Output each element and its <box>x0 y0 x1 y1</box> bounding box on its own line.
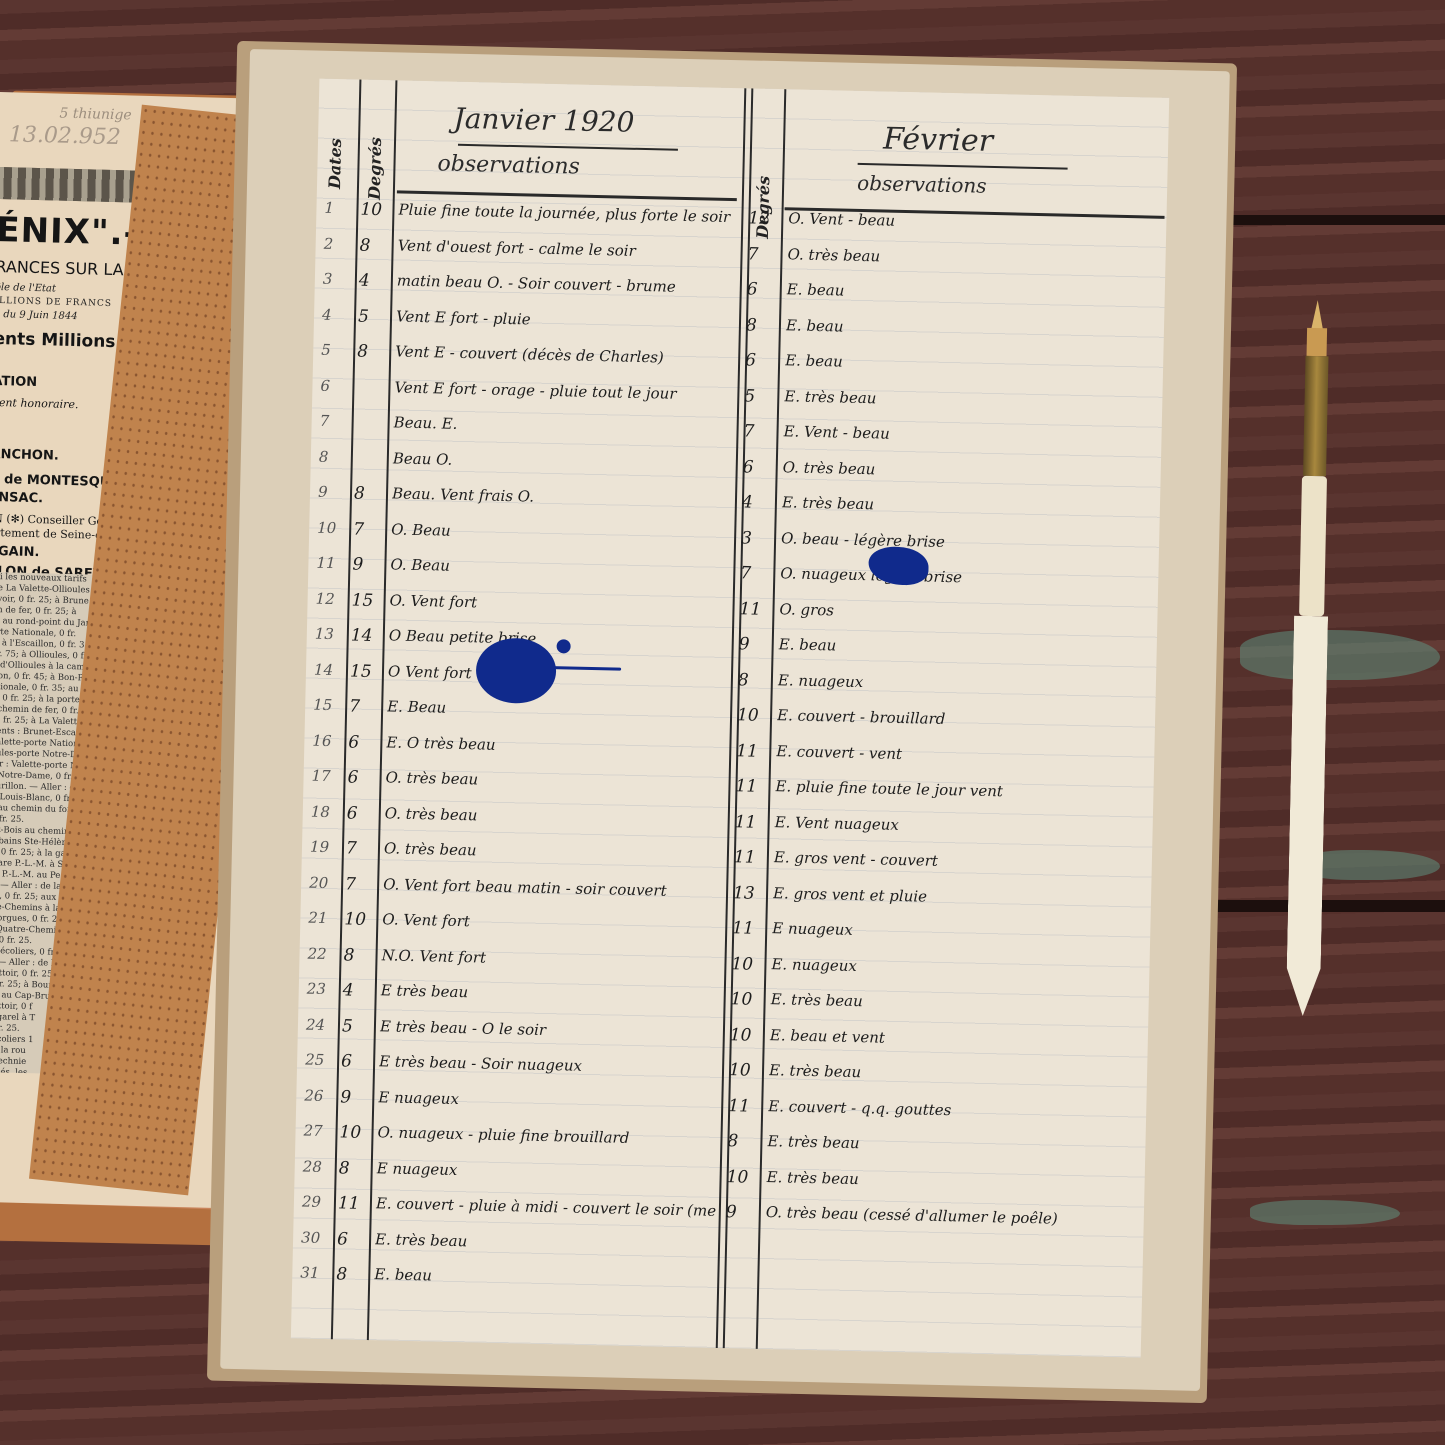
january-degrees-cell: 6 <box>347 767 375 788</box>
february-degrees-cell: 5 <box>744 386 772 407</box>
january-degrees-cell: 9 <box>340 1087 368 1108</box>
date-cell: 13 <box>315 625 345 644</box>
february-degrees-cell: 11 <box>739 599 767 620</box>
february-observation-cell: E. pluie fine toute le jour vent <box>775 777 1145 803</box>
date-cell: 15 <box>313 696 343 715</box>
january-degrees-cell <box>357 377 385 378</box>
february-observation-cell: E. très beau <box>767 1132 1137 1158</box>
february-degrees-cell: 4 <box>742 492 770 513</box>
date-cell: 6 <box>320 376 350 395</box>
february-degrees-cell: 11 <box>734 847 762 868</box>
january-degrees-cell: 10 <box>339 1122 367 1143</box>
january-observation-cell: matin beau O. - Soir couvert - brume <box>397 271 737 297</box>
february-degrees-cell: 11 <box>736 741 764 762</box>
date-cell: 2 <box>324 234 354 253</box>
february-degrees-cell: 11 <box>728 1096 756 1117</box>
february-observation-cell: E. gros vent et pluie <box>773 884 1143 910</box>
date-cell: 10 <box>317 518 347 537</box>
date-cell: 14 <box>314 660 344 679</box>
january-observation-cell: Vent d'ouest fort - calme le soir <box>397 236 737 262</box>
ad-line: ENSAC. <box>0 490 43 506</box>
ad-line: RGAIN. <box>0 544 40 560</box>
february-observation-cell <box>764 1274 1134 1282</box>
january-degrees-cell: 6 <box>337 1229 365 1250</box>
february-observation-cell: E. très beau <box>770 990 1140 1016</box>
january-observation-cell: O. très beau <box>385 768 725 794</box>
january-observation-cell: Pluie fine toute la journée, plus forte … <box>398 200 738 226</box>
ad-line: ATION <box>0 374 37 390</box>
ad-millions: ents Millions <box>0 329 116 352</box>
february-observation-cell: E. très beau <box>784 387 1154 413</box>
january-degrees-cell: 7 <box>349 696 377 717</box>
january-degrees-cell: 15 <box>351 590 379 611</box>
date-cell: 17 <box>311 767 341 786</box>
date-cell: 18 <box>311 802 341 821</box>
february-observation-cell: E. nuageux <box>778 671 1148 697</box>
january-degrees-cell: 6 <box>347 803 375 824</box>
february-observation-cell: O. gros <box>779 600 1149 626</box>
january-observation-cell: E nuageux <box>378 1088 718 1114</box>
february-degrees-cell: 6 <box>745 350 773 371</box>
february-observation-cell: E. très beau <box>769 1061 1139 1087</box>
january-observation-cell: E très beau - O le soir <box>380 1017 720 1043</box>
january-degrees-cell: 7 <box>346 838 374 859</box>
january-observation-cell: E. Beau <box>387 697 727 723</box>
february-observation-cell: E. beau <box>786 316 1156 342</box>
date-cell: 27 <box>303 1122 333 1141</box>
brass-ferrule <box>1303 356 1329 476</box>
date-cell: 30 <box>301 1228 331 1247</box>
february-degrees-cell: 8 <box>738 670 766 691</box>
january-degrees-cell: 6 <box>348 732 376 753</box>
february-observation-cell: E nuageux <box>772 919 1142 945</box>
february-observations-label: observations <box>857 171 987 198</box>
date-cell: 11 <box>316 554 346 573</box>
ledger-grid: Dates Degrés Degrés Janvier 1920 observa… <box>291 79 1169 1358</box>
january-observation-cell: O. Beau <box>391 520 731 546</box>
february-degrees-cell <box>725 1238 753 1239</box>
january-observation-cell: Beau O. <box>393 449 733 475</box>
february-degrees-cell: 10 <box>730 1025 758 1046</box>
january-degrees-cell: 15 <box>350 661 378 682</box>
february-title: Février <box>883 121 994 158</box>
january-degrees-cell <box>356 413 384 414</box>
underline <box>858 163 1068 170</box>
february-degrees-cell <box>724 1273 752 1274</box>
january-degrees-cell: 11 <box>338 1193 366 1214</box>
date-cell: 19 <box>310 838 340 857</box>
date-cell: 29 <box>302 1193 332 1212</box>
january-observation-cell: Vent E - couvert (décès de Charles) <box>395 342 735 368</box>
february-observation-cell: E. beau et vent <box>770 1026 1140 1052</box>
february-observation-cell: E. gros vent - couvert <box>774 848 1144 874</box>
date-cell: 7 <box>319 412 349 431</box>
february-degrees-cell: 8 <box>746 315 774 336</box>
bone-letter-opener-blade <box>1286 616 1328 1017</box>
february-degrees-cell: 8 <box>727 1131 755 1152</box>
january-observation-cell: E très beau <box>381 981 721 1007</box>
january-title: Janvier 1920 <box>453 102 635 139</box>
ad-line: ôle de l'Etat <box>0 282 56 295</box>
green-paint-patch <box>1250 1200 1400 1225</box>
february-degrees-cell: 6 <box>743 457 771 478</box>
february-degrees-cell: 10 <box>730 989 758 1010</box>
january-degrees-cell: 4 <box>343 980 371 1001</box>
january-observation-cell: E très beau - Soir nuageux <box>379 1052 719 1078</box>
january-degrees-cell: 14 <box>351 625 379 646</box>
january-observation-cell: E. très beau <box>375 1230 715 1256</box>
january-observation-cell: Vent E fort - orage - pluie tout le jour <box>394 378 734 404</box>
date-cell: 8 <box>319 447 349 466</box>
february-observation-cell: O. beau - légère brise <box>781 529 1151 555</box>
february-degrees-cell: 13 <box>733 883 761 904</box>
february-degrees-cell: 11 <box>735 776 763 797</box>
february-observation-cell: E. Vent nuageux <box>775 813 1145 839</box>
february-degrees-cell: 10 <box>737 705 765 726</box>
date-cell: 23 <box>307 980 337 999</box>
february-degrees-cell: 6 <box>747 279 775 300</box>
january-degrees-cell: 9 <box>352 555 380 576</box>
nib-holder <box>1307 328 1328 356</box>
header-dates: Dates <box>325 138 345 189</box>
january-degrees-cell: 8 <box>336 1264 364 1285</box>
february-observation-cell: O. nuageux légère brise <box>780 564 1150 590</box>
underline <box>458 144 678 151</box>
january-observation-cell: Beau. E. <box>393 413 733 439</box>
january-observations-label: observations <box>437 151 580 179</box>
january-degrees-cell: 8 <box>339 1158 367 1179</box>
january-degrees-cell: 10 <box>344 909 372 930</box>
february-observation-cell: E. couvert - q.q. gouttes <box>768 1097 1138 1123</box>
january-observation-cell: Beau. Vent frais O. <box>392 484 732 510</box>
january-observation-cell: O. très beau <box>385 804 725 830</box>
date-cell: 9 <box>318 483 348 502</box>
february-observation-cell: E. couvert - brouillard <box>777 706 1147 732</box>
february-observation-cell: E. très beau <box>782 493 1152 519</box>
february-observation-cell: O. très beau <box>783 458 1153 484</box>
january-degrees-cell <box>355 448 383 449</box>
date-cell: 24 <box>306 1015 336 1034</box>
january-observation-cell: N.O. Vent fort <box>381 946 721 972</box>
handwritten-note: 5 thiunige <box>59 106 132 124</box>
january-degrees-cell: 4 <box>359 271 387 292</box>
date-cell: 31 <box>300 1264 330 1283</box>
february-degrees-cell: 11 <box>732 918 760 939</box>
date-cell: 5 <box>321 341 351 360</box>
february-observation-cell: O. très beau <box>787 245 1157 271</box>
january-observation-cell: E nuageux <box>377 1159 717 1185</box>
february-observation-cell: E. très beau <box>766 1168 1136 1194</box>
january-observation-cell: O. Beau <box>390 555 730 581</box>
february-observation-cell: E. beau <box>785 351 1155 377</box>
date-cell: 22 <box>307 944 337 963</box>
january-observation-cell: O. nuageux - pluie fine brouillard <box>377 1123 717 1149</box>
ad-line: dent honoraire. <box>0 396 79 411</box>
date-cell: 21 <box>308 909 338 928</box>
header-degres: Degrés <box>365 137 385 200</box>
february-degrees-cell: 10 <box>731 954 759 975</box>
date-cell: 20 <box>309 873 339 892</box>
ad-title: ÉNIX".- <box>0 210 139 254</box>
january-observation-cell: E. couvert - pluie à midi - couvert le s… <box>376 1194 716 1220</box>
ad-line: ANCHON. <box>0 447 59 464</box>
february-degrees-cell: 3 <box>741 528 769 549</box>
ad-line: ILLIONS DE FRANCS <box>0 296 112 309</box>
february-observation-cell: E. nuageux <box>771 955 1141 981</box>
january-observation-cell: O. Vent fort <box>389 591 729 617</box>
date-cell: 12 <box>315 589 345 608</box>
date-cell: 26 <box>304 1086 334 1105</box>
february-degrees-cell: 12 <box>748 208 776 229</box>
february-observation-cell: O. Vent - beau <box>788 209 1158 235</box>
february-observation-cell: E. beau <box>787 280 1157 306</box>
february-degrees-cell: 7 <box>743 421 771 442</box>
january-degrees-cell: 10 <box>360 200 388 221</box>
ledger-page: Dates Degrés Degrés Janvier 1920 observa… <box>220 49 1230 1391</box>
february-observation-cell: O. très beau (cessé d'allumer le poêle) <box>766 1203 1136 1229</box>
ad-line: e du 9 Juin 1844 <box>0 309 78 322</box>
february-degrees-cell: 9 <box>726 1202 754 1223</box>
pen-nib <box>1311 300 1324 330</box>
february-degrees-cell: 9 <box>738 634 766 655</box>
january-degrees-cell: 8 <box>354 484 382 505</box>
january-degrees-cell: 8 <box>343 945 371 966</box>
january-degrees-cell: 8 <box>357 342 385 363</box>
january-observation-cell: O. Vent fort beau matin - soir couvert <box>383 875 723 901</box>
january-observation-cell: O. Vent fort <box>382 910 722 936</box>
january-degrees-cell: 7 <box>353 519 381 540</box>
date-cell: 4 <box>322 305 352 324</box>
date-cell: 1 <box>324 199 354 218</box>
handwritten-number: 13.02.952 <box>9 122 122 150</box>
february-degrees-cell: 10 <box>729 1060 757 1081</box>
january-degrees-cell: 5 <box>358 306 386 327</box>
february-degrees-cell: 7 <box>747 244 775 265</box>
february-observation-cell: E. beau <box>779 635 1149 661</box>
january-observation-cell: O. très beau <box>384 839 724 865</box>
february-degrees-cell: 11 <box>734 812 762 833</box>
february-degrees-cell: 7 <box>740 563 768 584</box>
january-degrees-cell: 6 <box>341 1051 369 1072</box>
date-cell: 28 <box>303 1157 333 1176</box>
january-degrees-cell: 8 <box>359 235 387 256</box>
february-observation-cell <box>765 1239 1135 1247</box>
header-rule <box>397 190 737 201</box>
february-observation-cell: E. couvert - vent <box>776 742 1146 768</box>
january-observation-cell: E. O très beau <box>386 733 726 759</box>
date-cell: 3 <box>323 270 353 289</box>
january-observation-cell: E. beau <box>374 1265 714 1291</box>
february-degrees-cell: 10 <box>726 1167 754 1188</box>
january-observation-cell: Vent E fort - pluie <box>396 307 736 333</box>
january-degrees-cell: 7 <box>345 874 373 895</box>
february-observation-cell: E. Vent - beau <box>783 422 1153 448</box>
green-paint-patch <box>1240 630 1440 680</box>
date-cell: 16 <box>312 731 342 750</box>
carved-bone-grip <box>1299 476 1327 616</box>
january-degrees-cell: 5 <box>342 1016 370 1037</box>
date-cell: 25 <box>305 1051 335 1070</box>
